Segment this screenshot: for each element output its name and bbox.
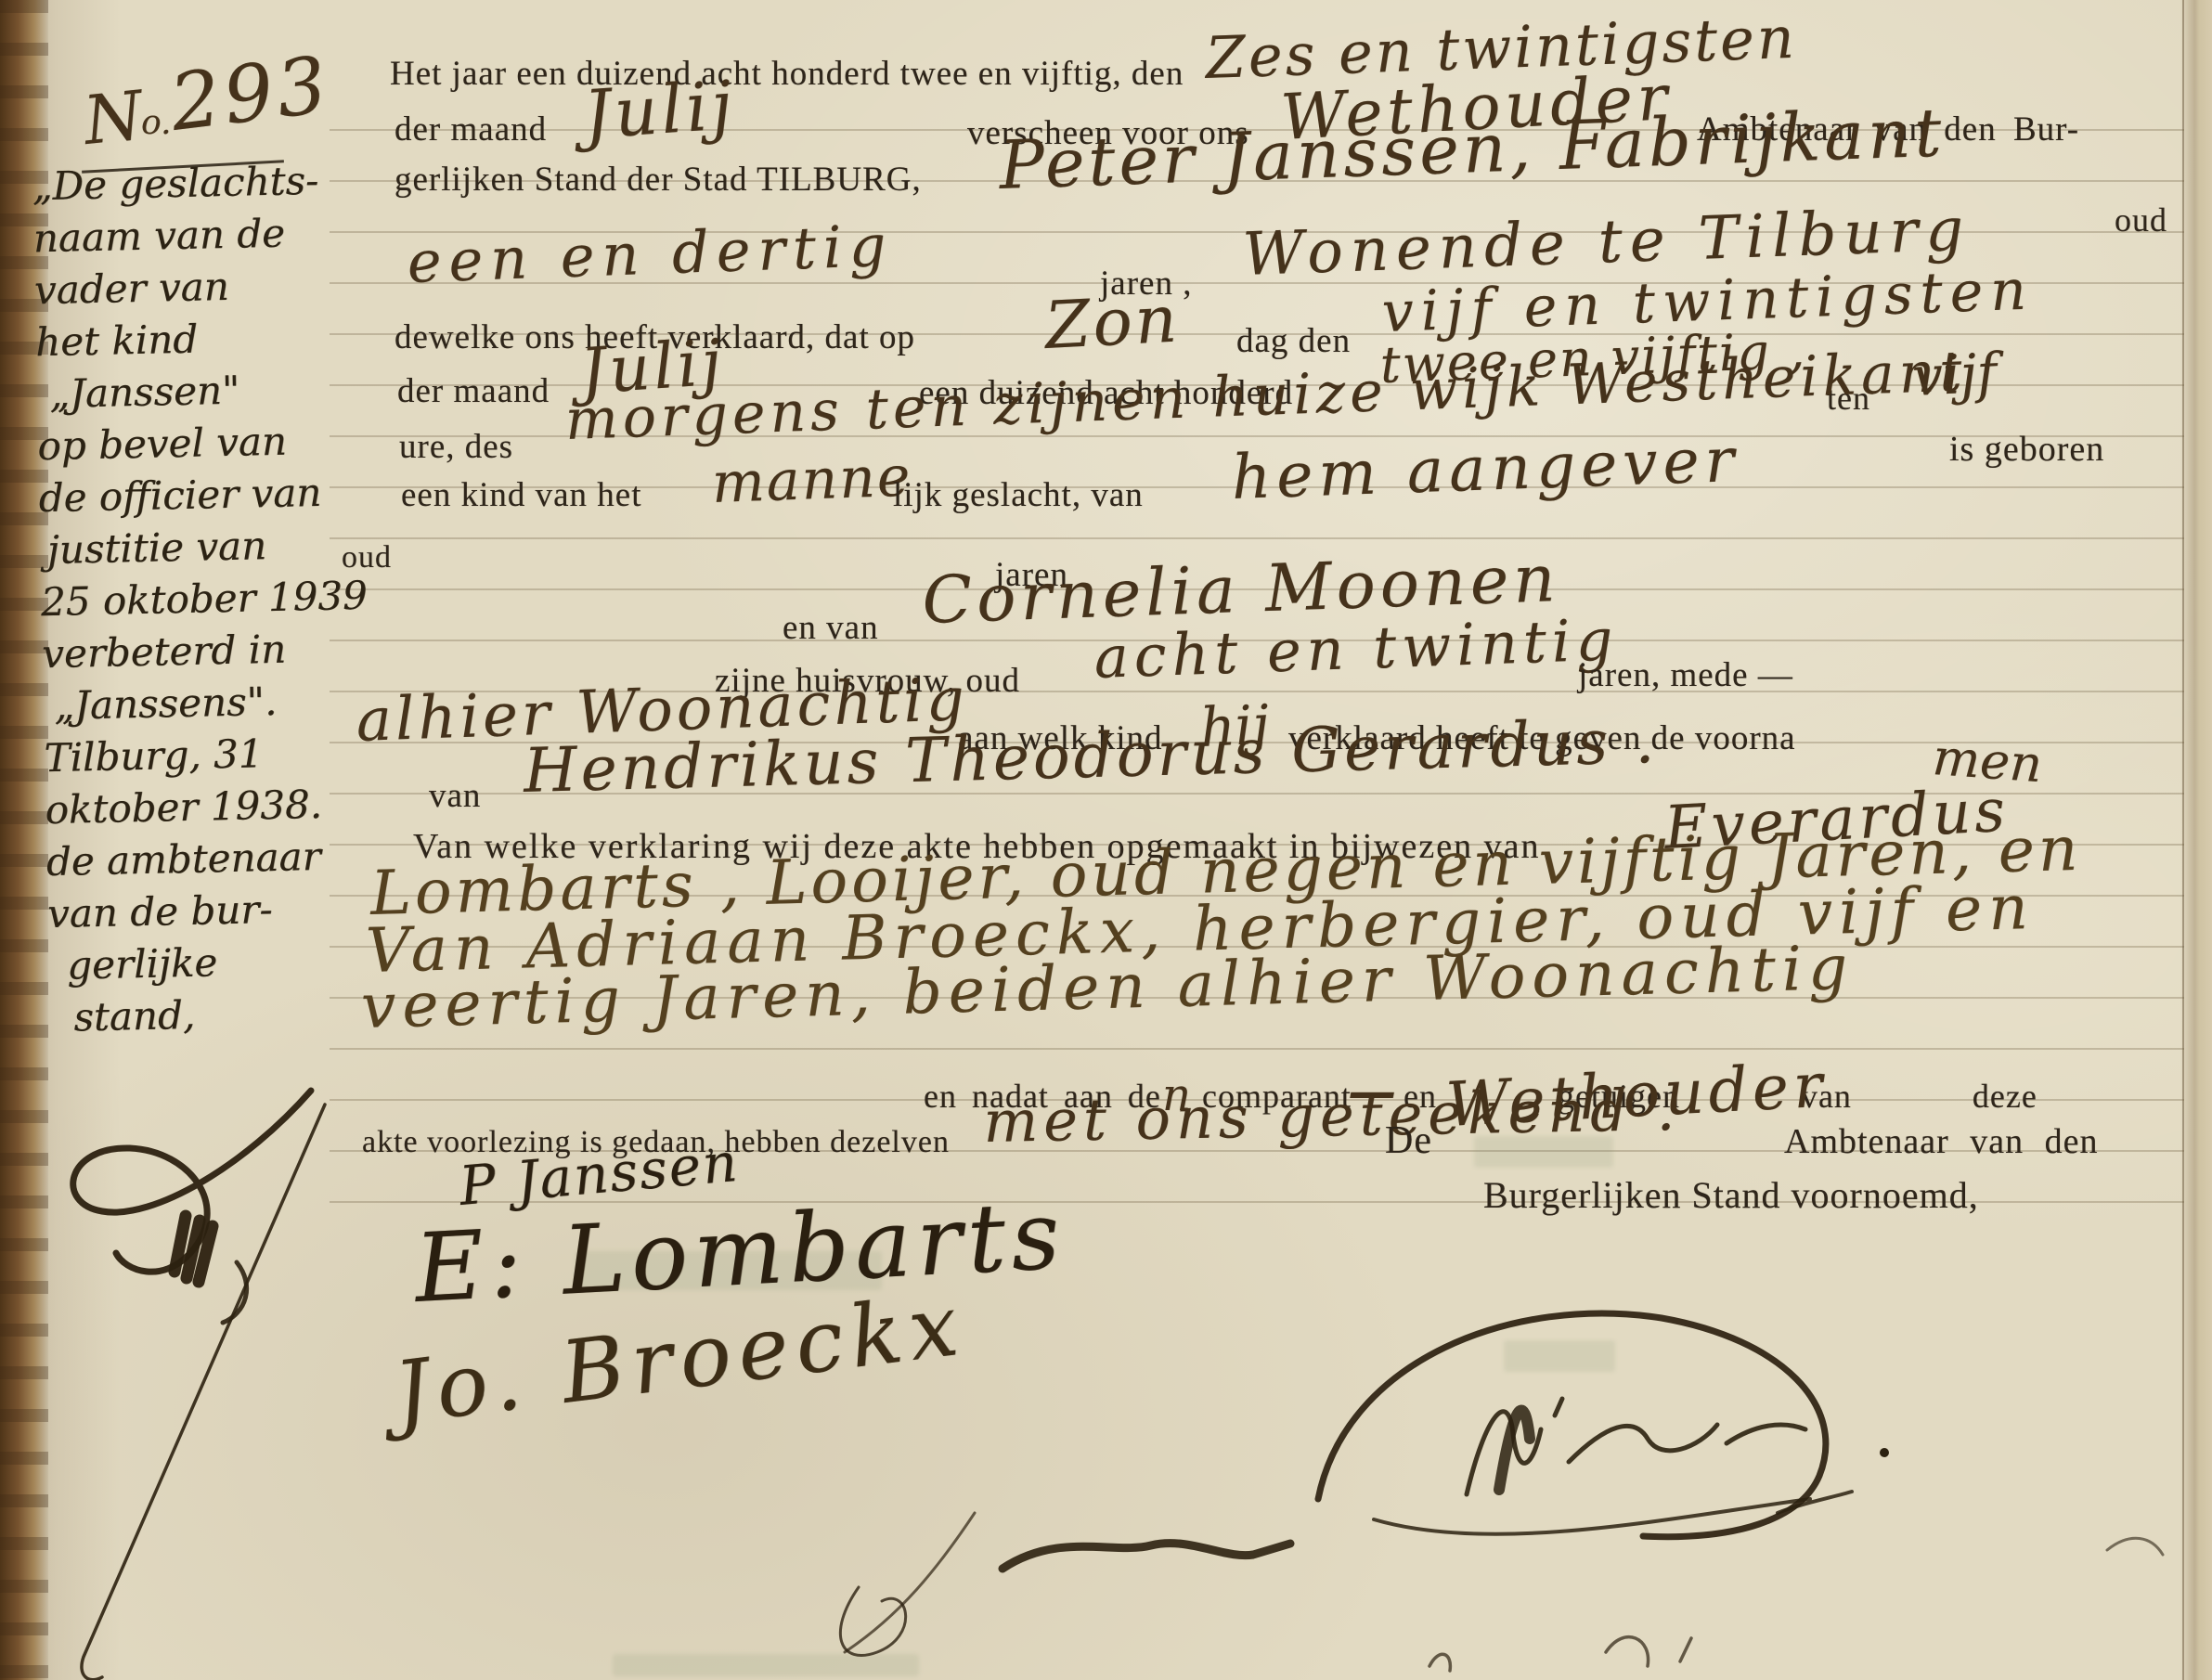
printed-oud-2: oud: [342, 540, 392, 575]
printed-de: De: [1385, 1118, 1432, 1163]
margin-line: 25 oktober 1939: [40, 571, 329, 628]
printed-lijk-geslacht: lijk geslacht, van: [893, 475, 1144, 515]
margin-line: de officier van: [38, 467, 327, 524]
printed-der-maand-2: der maand: [397, 371, 550, 411]
act-number-n: N: [80, 76, 146, 160]
printed-jaren-mede: jaren, mede —: [1578, 655, 1793, 695]
printed-dag-den: dag den: [1236, 321, 1351, 361]
margin-line: verbeterd in: [42, 623, 330, 680]
act-number-o: o.: [141, 104, 171, 142]
page-right-edge: [2180, 0, 2212, 1680]
printed-burgerlijke-stand: gerlijken Stand der Stad TILBURG,: [395, 160, 922, 200]
hand-weekday: Zon: [1043, 281, 1182, 364]
printed-der-maand: der maand: [395, 110, 547, 149]
hand-month: Julij: [581, 66, 738, 154]
signature-margin-official-flourish: [14, 1035, 413, 1680]
printed-burgerlijken-stand-voornoemd: Burgerlijken Stand voornoemd,: [1483, 1173, 1979, 1217]
margin-line: „De geslachts-: [32, 155, 320, 213]
printed-ure-des: ure, des: [399, 427, 513, 467]
hand-gender: manne: [711, 445, 913, 516]
margin-annotation: „De geslachts- naam van de vader van het…: [32, 155, 338, 1044]
printed-van: van: [429, 776, 481, 816]
margin-line: vader van: [33, 259, 322, 317]
margin-line: het kind: [35, 311, 324, 368]
hand-father-reference: hem aangever: [1230, 424, 1740, 513]
hand-declarant-age: een en dertig: [406, 212, 894, 296]
margin-line: oktober 1938.: [45, 779, 333, 836]
printed-oud: oud: [2115, 200, 2167, 239]
printed-is-geboren: is geboren: [1949, 429, 2104, 470]
margin-line: Tilburg, 31: [44, 727, 332, 784]
margin-line: de ambtenaar: [45, 831, 334, 888]
margin-line: „Janssens".: [43, 675, 331, 732]
margin-line: naam van de: [32, 207, 321, 265]
printed-en-van: en van: [783, 608, 879, 648]
printed-ambtenaar-van-den: Ambtenaar van den: [1784, 1121, 2099, 1162]
hand-declarant-name: Peter Janssen, Fabrijkant: [998, 93, 1947, 204]
page-edge-line: [2182, 0, 2184, 1680]
printed-een-kind: een kind van het: [401, 475, 642, 515]
next-entry-partial-strokes: [789, 1513, 2209, 1680]
margin-line: justitie van: [39, 519, 328, 576]
printed-year-line: Het jaar een duizend acht honderd twee e…: [390, 54, 1184, 94]
margin-line: op bevel van: [37, 415, 326, 472]
margin-line: van de bur-: [46, 883, 335, 940]
margin-line: „Janssen": [36, 363, 325, 420]
margin-line: gerlijke: [48, 935, 337, 992]
birth-record-page: N o. 293 „De geslachts- naam van de vade…: [0, 0, 2212, 1680]
hand-wethouder-closing: Wethouder: [1444, 1050, 1829, 1141]
act-number-value: 293: [165, 39, 335, 149]
